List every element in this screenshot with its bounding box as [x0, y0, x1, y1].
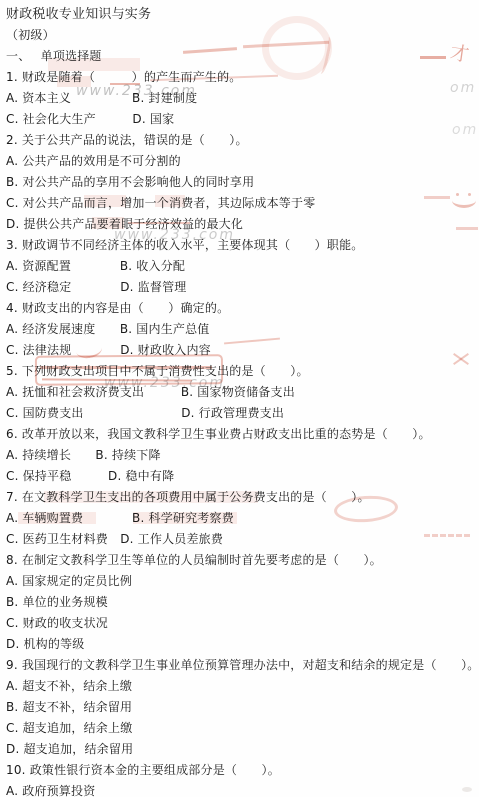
- question-option-line: A. 车辆购置费 B. 科学研究考察费: [6, 508, 479, 529]
- question-stem: 10. 政策性银行资本金的主要组成部分是（ ）。: [6, 760, 479, 781]
- question-stem: 1. 财政是随着（ ）的产生而产生的。: [6, 67, 479, 88]
- question-option-line: A. 抚恤和社会救济费支出 B. 国家物资储备支出: [6, 382, 479, 403]
- question-option-line: A. 国家规定的定员比例: [6, 571, 479, 592]
- question-option-line: C. 国防费支出 D. 行政管理费支出: [6, 403, 479, 424]
- question-option-line: A. 资源配置 B. 收入分配: [6, 256, 479, 277]
- question-option-line: C. 医药卫生材料费 D. 工作人员差旅费: [6, 529, 479, 550]
- question-option-line: C. 保持平稳 D. 稳中有降: [6, 466, 479, 487]
- question-option-line: C. 对公共产品而言，增加一个消费者，其边际成本等于零: [6, 193, 479, 214]
- question-stem: 5. 下列财政支出项目中不属于消费性支出的是（ ）。: [6, 361, 479, 382]
- question-option-line: D. 机构的等级: [6, 634, 479, 655]
- question-stem: 2. 关于公共产品的说法，错误的是（ ）。: [6, 130, 479, 151]
- page-title: 财政税收专业知识与实务: [6, 4, 479, 25]
- question-option-line: C. 财政的收支状况: [6, 613, 479, 634]
- question-option-line: A. 政府预算投资: [6, 781, 479, 797]
- section-heading: 一、 单项选择题: [6, 46, 479, 67]
- question-stem: 8. 在制定文教科学卫生等单位的人员编制时首先要考虑的是（ ）。: [6, 550, 479, 571]
- question-option-line: B. 单位的业务规模: [6, 592, 479, 613]
- question-option-line: C. 法律法规 D. 财政收入内容: [6, 340, 479, 361]
- question-option-line: C. 经济稳定 D. 监督管理: [6, 277, 479, 298]
- exam-scan-page: 财政税收专业知识与实务 （初级） 一、 单项选择题 1. 财政是随着（ ）的产生…: [0, 0, 479, 797]
- question-option-line: D. 超支追加，结余留用: [6, 739, 479, 760]
- page-subtitle-level: （初级）: [6, 25, 479, 46]
- question-option-line: B. 超支不补，结余留用: [6, 697, 479, 718]
- question-stem: 9. 我国现行的文教科学卫生事业单位预算管理办法中，对超支和结余的规定是（ ）。: [6, 655, 479, 676]
- questions: 1. 财政是随着（ ）的产生而产生的。A. 资本主义 B. 封建制度C. 社会化…: [6, 67, 479, 797]
- question-option-line: C. 超支追加，结余上缴: [6, 718, 479, 739]
- exam-content: 财政税收专业知识与实务 （初级） 一、 单项选择题 1. 财政是随着（ ）的产生…: [6, 4, 479, 797]
- question-option-line: B. 对公共产品的享用不会影响他人的同时享用: [6, 172, 479, 193]
- question-option-line: A. 持续增长 B. 持续下降: [6, 445, 479, 466]
- question-option-line: A. 超支不补，结余上缴: [6, 676, 479, 697]
- question-option-line: C. 社会化大生产 D. 国家: [6, 109, 479, 130]
- question-stem: 7. 在文教科学卫生支出的各项费用中属于公务费支出的是（ ）。: [6, 487, 479, 508]
- question-stem: 3. 财政调节不同经济主体的收入水平，主要体现其（ ）职能。: [6, 235, 479, 256]
- question-stem: 4. 财政支出的内容是由（ ）确定的。: [6, 298, 479, 319]
- question-option-line: A. 资本主义 B. 封建制度: [6, 88, 479, 109]
- question-option-line: A. 经济发展速度 B. 国内生产总值: [6, 319, 479, 340]
- question-option-line: A. 公共产品的效用是不可分割的: [6, 151, 479, 172]
- question-stem: 6. 改革开放以来，我国文教科学卫生事业费占财政支出比重的态势是（ ）。: [6, 424, 479, 445]
- question-option-line: D. 提供公共产品要着眼于经济效益的最大化: [6, 214, 479, 235]
